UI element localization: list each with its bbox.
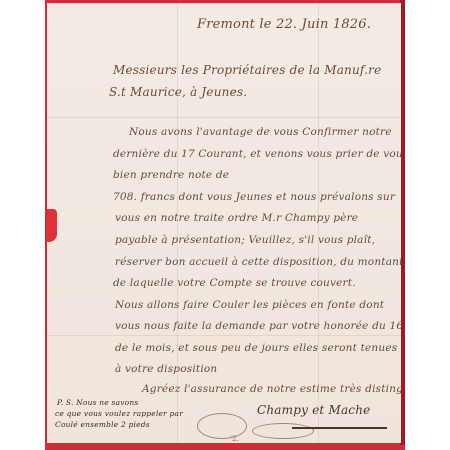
postscript-line: P. S. Nous ne savons (57, 398, 138, 407)
body-line: 708. francs dont vous Jeunes et nous pré… (113, 191, 395, 203)
body-line: Nous avons l'avantage de vous Confirmer … (129, 126, 392, 138)
body-line: réserver bon accueil à cette disposition… (115, 256, 401, 268)
body-line: de le mois, et sous peu de jours elles s… (115, 342, 397, 354)
fold-line-horizontal (47, 117, 401, 118)
body-line: de laquelle votre Compte se trouve couve… (113, 277, 356, 289)
fold-line-horizontal (47, 335, 401, 336)
flourish-bottom (252, 423, 314, 439)
dateline: Fremont le 22. Juin 1826. (197, 17, 371, 32)
paper-tear (47, 209, 57, 242)
body-line: dernière du 17 Courant, et venons vous p… (113, 148, 401, 160)
body-line: vous nous faite la demande par votre hon… (115, 320, 401, 332)
body-line: Nous allons faire Couler les pièces en f… (115, 299, 384, 311)
addressee-line: S.t Maurice, à Jeunes. (109, 85, 247, 99)
signature: Champy et Mache (257, 403, 370, 417)
postscript-line: Coulé ensemble 2 pieds (55, 420, 150, 429)
bottom-mark: '2. (230, 435, 239, 443)
body-line: payable à présentation; Veuillez, s'il v… (115, 234, 375, 246)
postscript-line: ce que vous voulez rappeler par (55, 409, 183, 418)
flourish-left (197, 413, 247, 439)
body-line: bien prendre note de (113, 169, 229, 181)
addressee-line: Messieurs les Propriétaires de la Manuf.… (113, 63, 381, 77)
body-line: vous en notre traite ordre M.r Champy pè… (115, 212, 358, 224)
closing-line: Agréez l'assurance de notre estime très … (142, 383, 401, 395)
letter-paper: Fremont le 22. Juin 1826. Messieurs les … (47, 3, 401, 443)
body-line: à votre disposition (115, 363, 217, 375)
